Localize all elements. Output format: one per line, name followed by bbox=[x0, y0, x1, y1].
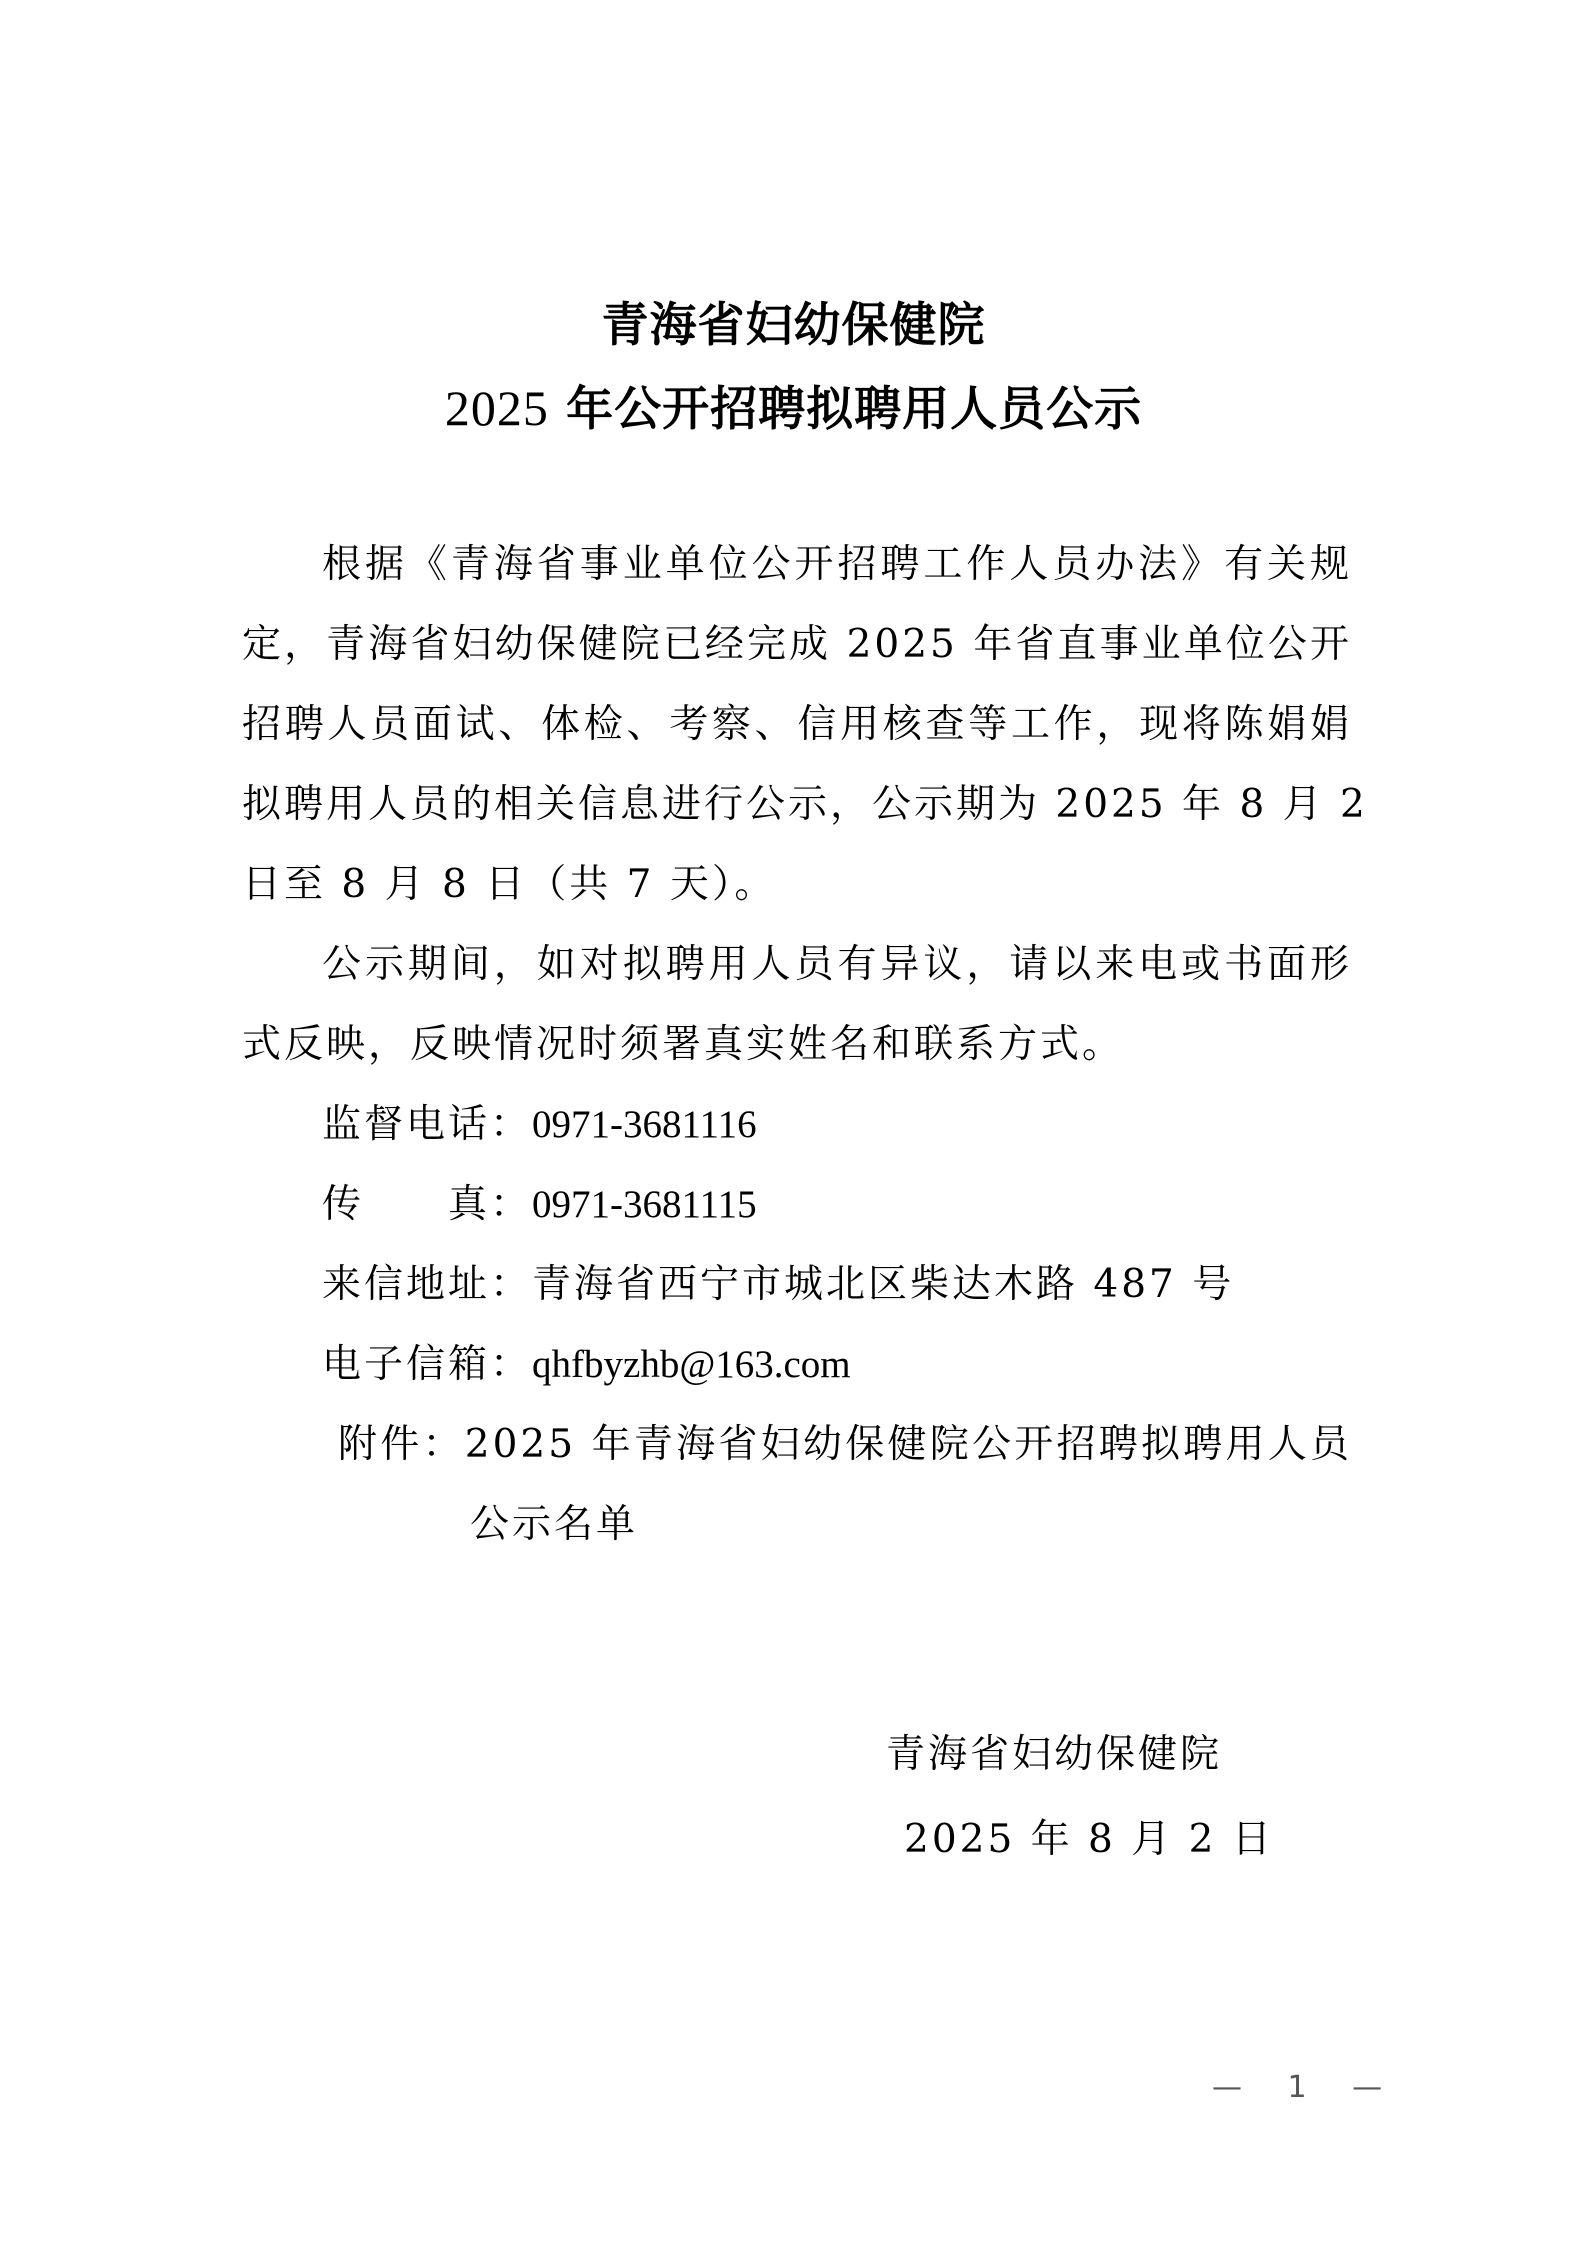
attachment-label: 附件： bbox=[338, 1422, 465, 1467]
address-value: 青海省西宁市城北区柴达木路 487 号 bbox=[532, 1262, 1234, 1307]
document-page: 青海省妇幼保健院 2025 年公开招聘拟聘用人员公示 根据《青海省事业单位公开招… bbox=[0, 0, 1587, 2245]
phone-value: 0971-3681116 bbox=[532, 1103, 757, 1146]
email: 电子信箱：qhfbyzhb@163.com bbox=[322, 1340, 851, 1390]
paragraph1-line: 根据《青海省事业单位公开招聘工作人员办法》有关规 bbox=[322, 540, 1352, 590]
address-label: 来信地址： bbox=[322, 1262, 532, 1307]
attachment: 附件：2025 年青海省妇幼保健院公开招聘拟聘用人员 bbox=[338, 1420, 1352, 1470]
document-title-line2: 2025 年公开招聘拟聘用人员公示 bbox=[0, 372, 1587, 439]
document-title-line1: 青海省妇幼保健院 bbox=[0, 288, 1587, 355]
fax-label: 传 真： bbox=[322, 1182, 532, 1227]
attachment-title: 2025 年青海省妇幼保健院公开招聘拟聘用人员 bbox=[465, 1422, 1352, 1467]
attachment-title-continued: 公示名单 bbox=[470, 1500, 638, 1550]
title-rest: 年公开招聘拟聘用人员公示 bbox=[549, 382, 1142, 437]
paragraph1-line: 日至 8 月 8 日（共 7 天）。 bbox=[242, 860, 776, 910]
mailing-address: 来信地址：青海省西宁市城北区柴达木路 487 号 bbox=[322, 1260, 1234, 1310]
page-number: — 1 — bbox=[1212, 2070, 1400, 2105]
title-year: 2025 bbox=[445, 380, 549, 436]
paragraph2-line: 公示期间，如对拟聘用人员有异议，请以来电或书面形 bbox=[322, 940, 1352, 990]
signature-date: 2025 年 8 月 2 日 bbox=[904, 1815, 1274, 1865]
paragraph2-line: 式反映，反映情况时须署真实姓名和联系方式。 bbox=[242, 1020, 1124, 1070]
paragraph1-line: 拟聘用人员的相关信息进行公示，公示期为 2025 年 8 月 2 bbox=[242, 780, 1352, 830]
paragraph1-line: 定，青海省妇幼保健院已经完成 2025 年省直事业单位公开 bbox=[242, 620, 1352, 670]
email-value[interactable]: qhfbyzhb@163.com bbox=[532, 1343, 851, 1386]
fax-value: 0971-3681115 bbox=[532, 1183, 757, 1226]
supervision-phone: 监督电话：0971-3681116 bbox=[322, 1100, 757, 1150]
signature-organization: 青海省妇幼保健院 bbox=[886, 1730, 1222, 1780]
paragraph1-line: 招聘人员面试、体检、考察、信用核查等工作，现将陈娟娟 bbox=[242, 700, 1352, 750]
phone-label: 监督电话： bbox=[322, 1102, 532, 1147]
email-label: 电子信箱： bbox=[322, 1342, 532, 1387]
fax: 传 真：0971-3681115 bbox=[322, 1180, 757, 1230]
